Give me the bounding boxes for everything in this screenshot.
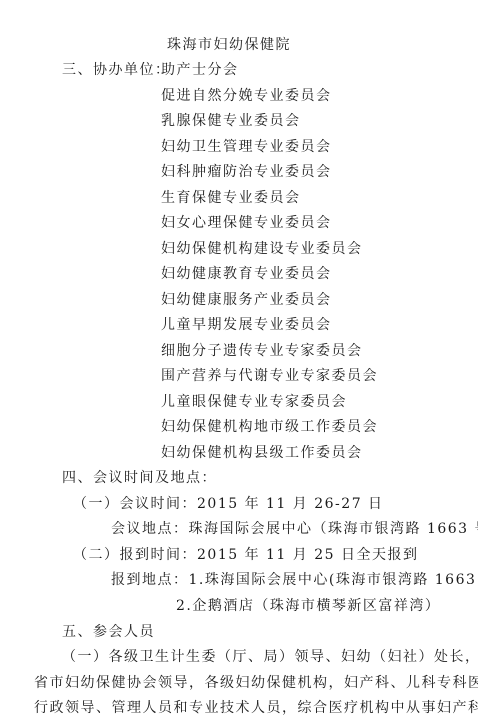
paragraph-line: 行政领导、管理人员和专业技术人员，综合医疗机构中从事妇产科、 bbox=[34, 699, 478, 717]
list-item: 生育保健专业委员会 bbox=[161, 189, 301, 207]
list-item: 妇女心理保健专业委员会 bbox=[161, 214, 332, 232]
meeting-time: （一）会议时间：2015 年 11 月 26-27 日 bbox=[73, 495, 384, 513]
list-item: 乳腺保健专业委员会 bbox=[161, 112, 301, 130]
list-item: 妇幼健康服务产业委员会 bbox=[161, 291, 332, 309]
list-item: 围产营养与代谢专业专家委员会 bbox=[161, 367, 378, 385]
list-item: 妇幼保健机构建设专业委员会 bbox=[161, 240, 363, 258]
register-place-1: 报到地点：1.珠海国际会展中心(珠海市银湾路 1663 号） bbox=[111, 571, 478, 589]
list-item: 细胞分子遗传专业专家委员会 bbox=[161, 342, 363, 360]
section5-heading: 五、参会人员 bbox=[62, 623, 155, 641]
list-item: 促进自然分娩专业委员会 bbox=[161, 87, 332, 105]
register-time: （二）报到时间：2015 年 11 月 25 日全天报到 bbox=[73, 546, 419, 564]
list-item: 妇幼卫生管理专业委员会 bbox=[161, 138, 332, 156]
list-item: 妇幼健康教育专业委员会 bbox=[161, 265, 332, 283]
list-item: 儿童眼保健专业专家委员会 bbox=[161, 393, 347, 411]
list-item: 妇幼保健机构县级工作委员会 bbox=[161, 444, 363, 462]
list-item: 妇幼保健机构地市级工作委员会 bbox=[161, 418, 378, 436]
list-item: 妇科肿瘤防治专业委员会 bbox=[161, 163, 332, 181]
section4-heading: 四、会议时间及地点： bbox=[62, 469, 217, 487]
header-org: 珠海市妇幼保健院 bbox=[167, 36, 291, 54]
list-item: 助产士分会 bbox=[161, 61, 239, 79]
list-item: 儿童早期发展专业委员会 bbox=[161, 316, 332, 334]
paragraph-line: 省市妇幼保健协会领导，各级妇幼保健机构，妇产科、儿科专科医院 bbox=[34, 674, 478, 692]
meeting-place: 会议地点：珠海国际会展中心（珠海市银湾路 1663 号） bbox=[111, 520, 478, 538]
register-place-2: 2.企鹅酒店（珠海市横琴新区富祥湾） bbox=[176, 597, 440, 615]
section3-label: 三、协办单位： bbox=[62, 61, 171, 79]
paragraph-line: （一）各级卫生计生委（厅、局）领导、妇幼（妇社）处长，各 bbox=[62, 648, 478, 666]
